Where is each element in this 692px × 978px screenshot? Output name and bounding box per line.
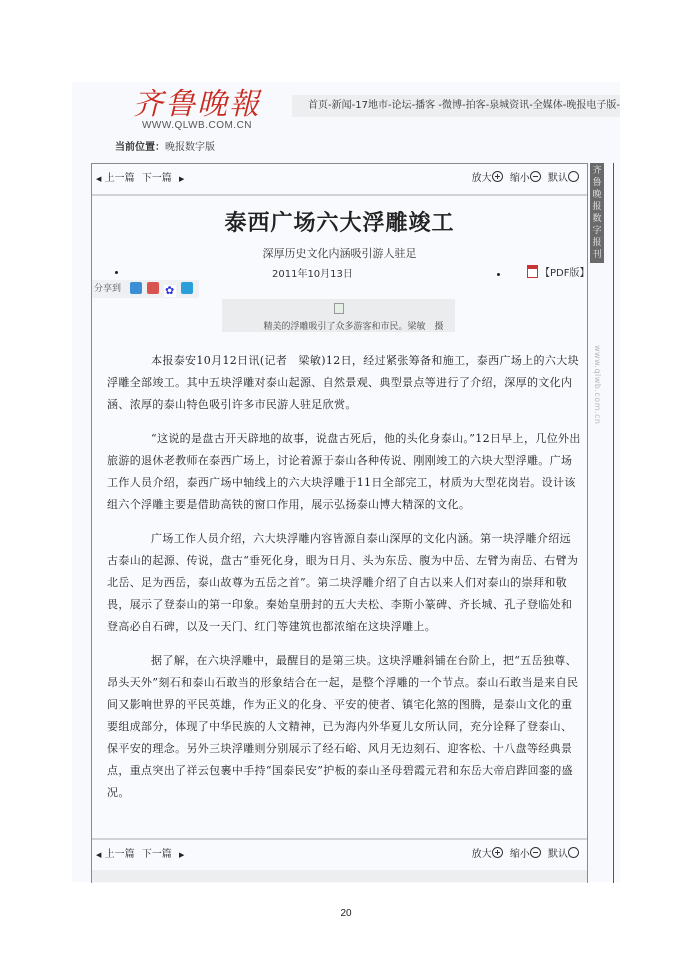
article-body: 本报泰安10月12日讯(记者 梁敏)12日，经过紧张筹备和施工，泰西广场上的六大…	[107, 350, 582, 816]
nav-podcast[interactable]: 播客	[415, 100, 438, 111]
breadcrumb-current[interactable]: 晚报数字版	[165, 142, 215, 153]
sidebar-tag: 齐 鲁 晚 报 数 字 报 刊	[590, 163, 604, 263]
image-caption: 精美的浮雕吸引了众多游客和市民。梁敏 摄	[222, 319, 455, 332]
zoom-default-button[interactable]: 默认	[548, 173, 583, 184]
nav-news[interactable]: 新闻	[332, 100, 352, 111]
article-date: 2011年10月13日	[272, 265, 353, 280]
prev-article-link[interactable]: 上一篇	[105, 849, 135, 860]
sidebar-url-watermark: www.qlwb.com.cn	[592, 345, 602, 435]
zoom-in-label: 放大	[472, 173, 492, 184]
paragraph: “这说的是盘古开天辟地的故事，说盘古死后，他的头化身泰山。”12日早上，几位外出…	[107, 428, 582, 516]
share-label: 分享到	[94, 284, 121, 294]
qzone-icon[interactable]	[130, 282, 142, 294]
sidebar-char: 字	[590, 225, 604, 237]
nav-cities[interactable]: 17地市	[355, 100, 388, 111]
sidebar-char: 报	[590, 237, 604, 249]
nav-home[interactable]: 首页	[308, 100, 328, 111]
nav-allmedia[interactable]: 全媒体	[533, 100, 563, 111]
nav-quancheng[interactable]: 泉城资讯	[489, 100, 529, 111]
sidebar-char: 齐	[590, 165, 604, 177]
pdf-link[interactable]: 【PDF版】	[527, 264, 589, 279]
logo[interactable]: 齐鲁晚報 WWW.QLWB.COM.CN	[132, 88, 262, 131]
breadcrumb-label: 当前位置：	[115, 142, 165, 153]
caret-left-icon: ◀	[96, 175, 101, 183]
broken-image-icon	[334, 303, 344, 314]
zoom-default-button[interactable]: 默认	[548, 849, 583, 860]
sidebar-char: 鲁	[590, 177, 604, 189]
pdf-icon	[527, 265, 538, 278]
zoom-default-label: 默认	[548, 849, 568, 860]
sidebar-char: 晚	[590, 189, 604, 201]
baidu-icon[interactable]: ✿	[164, 285, 176, 297]
caret-left-icon: ◀	[96, 851, 101, 859]
sidebar-char: 报	[590, 201, 604, 213]
paragraph: 广场工作人员介绍，六大块浮雕内容皆源自泰山深厚的文化内涵。第一块浮雕介绍远古泰山…	[107, 528, 582, 638]
minus-circle-icon	[530, 847, 541, 858]
zoom-in-button[interactable]: 放大	[472, 173, 507, 184]
page-number: 20	[0, 908, 692, 919]
zoom-default-label: 默认	[548, 173, 568, 184]
zoom-in-label: 放大	[472, 849, 492, 860]
zoom-out-label: 缩小	[510, 849, 530, 860]
nav-epaper[interactable]: 晚报电子版	[566, 100, 616, 111]
logo-text: 齐鲁晚報	[132, 88, 262, 122]
circle-icon	[568, 847, 579, 858]
nav-weibo[interactable]: 微博	[442, 100, 462, 111]
zoom-out-button[interactable]: 缩小	[510, 173, 545, 184]
bullet-icon	[115, 271, 118, 274]
paragraph: 本报泰安10月12日讯(记者 梁敏)12日，经过紧张筹备和施工，泰西广场上的六大…	[107, 350, 582, 416]
next-article-link[interactable]: 下一篇	[142, 173, 172, 184]
next-article-link[interactable]: 下一篇	[142, 849, 172, 860]
frame-divider	[613, 163, 614, 883]
top-nav: 首页-新闻-17地市-论坛-播客 -微博-拍客-泉城资讯-全媒体-晚报电子版-晚	[292, 95, 620, 117]
caret-right-icon: ▶	[179, 175, 184, 183]
nav-paike[interactable]: 拍客	[466, 100, 486, 111]
article-image: 精美的浮雕吸引了众多游客和市民。梁敏 摄	[222, 299, 455, 332]
plus-circle-icon	[492, 171, 503, 182]
article-toolbar-top: ◀ 上一篇 下一篇 ▶ 放大 缩小 默认	[92, 164, 587, 196]
breadcrumb: 当前位置：晚报数字版	[115, 138, 215, 153]
article-subtitle: 深厚历史文化内涵吸引游人驻足	[92, 245, 587, 261]
bullet-icon	[497, 273, 500, 276]
caret-right-icon: ▶	[179, 851, 184, 859]
zoom-out-label: 缩小	[510, 173, 530, 184]
prev-article-link[interactable]: 上一篇	[105, 173, 135, 184]
logo-url: WWW.QLWB.COM.CN	[132, 120, 262, 131]
paragraph: 据了解，在六块浮雕中，最醒目的是第三块。这块浮雕斜铺在台阶上，把“五岳独尊、昂头…	[107, 650, 582, 804]
sidebar-char: 数	[590, 213, 604, 225]
minus-circle-icon	[530, 171, 541, 182]
qq-icon[interactable]	[181, 282, 193, 294]
article-title: 泰西广场六大浮雕竣工	[92, 206, 587, 237]
nav-forum[interactable]: 论坛	[392, 100, 412, 111]
share-bar: 分享到 ✿	[92, 280, 199, 298]
plus-circle-icon	[492, 847, 503, 858]
renren-icon[interactable]	[147, 282, 159, 294]
bottom-strip	[92, 870, 587, 882]
zoom-out-button[interactable]: 缩小	[510, 849, 545, 860]
pdf-label: 【PDF版】	[540, 268, 589, 279]
sidebar-char: 刊	[590, 249, 604, 261]
zoom-in-button[interactable]: 放大	[472, 849, 507, 860]
article-toolbar-bottom: ◀ 上一篇 下一篇 ▶ 放大 缩小 默认	[92, 838, 587, 870]
circle-icon	[568, 171, 579, 182]
